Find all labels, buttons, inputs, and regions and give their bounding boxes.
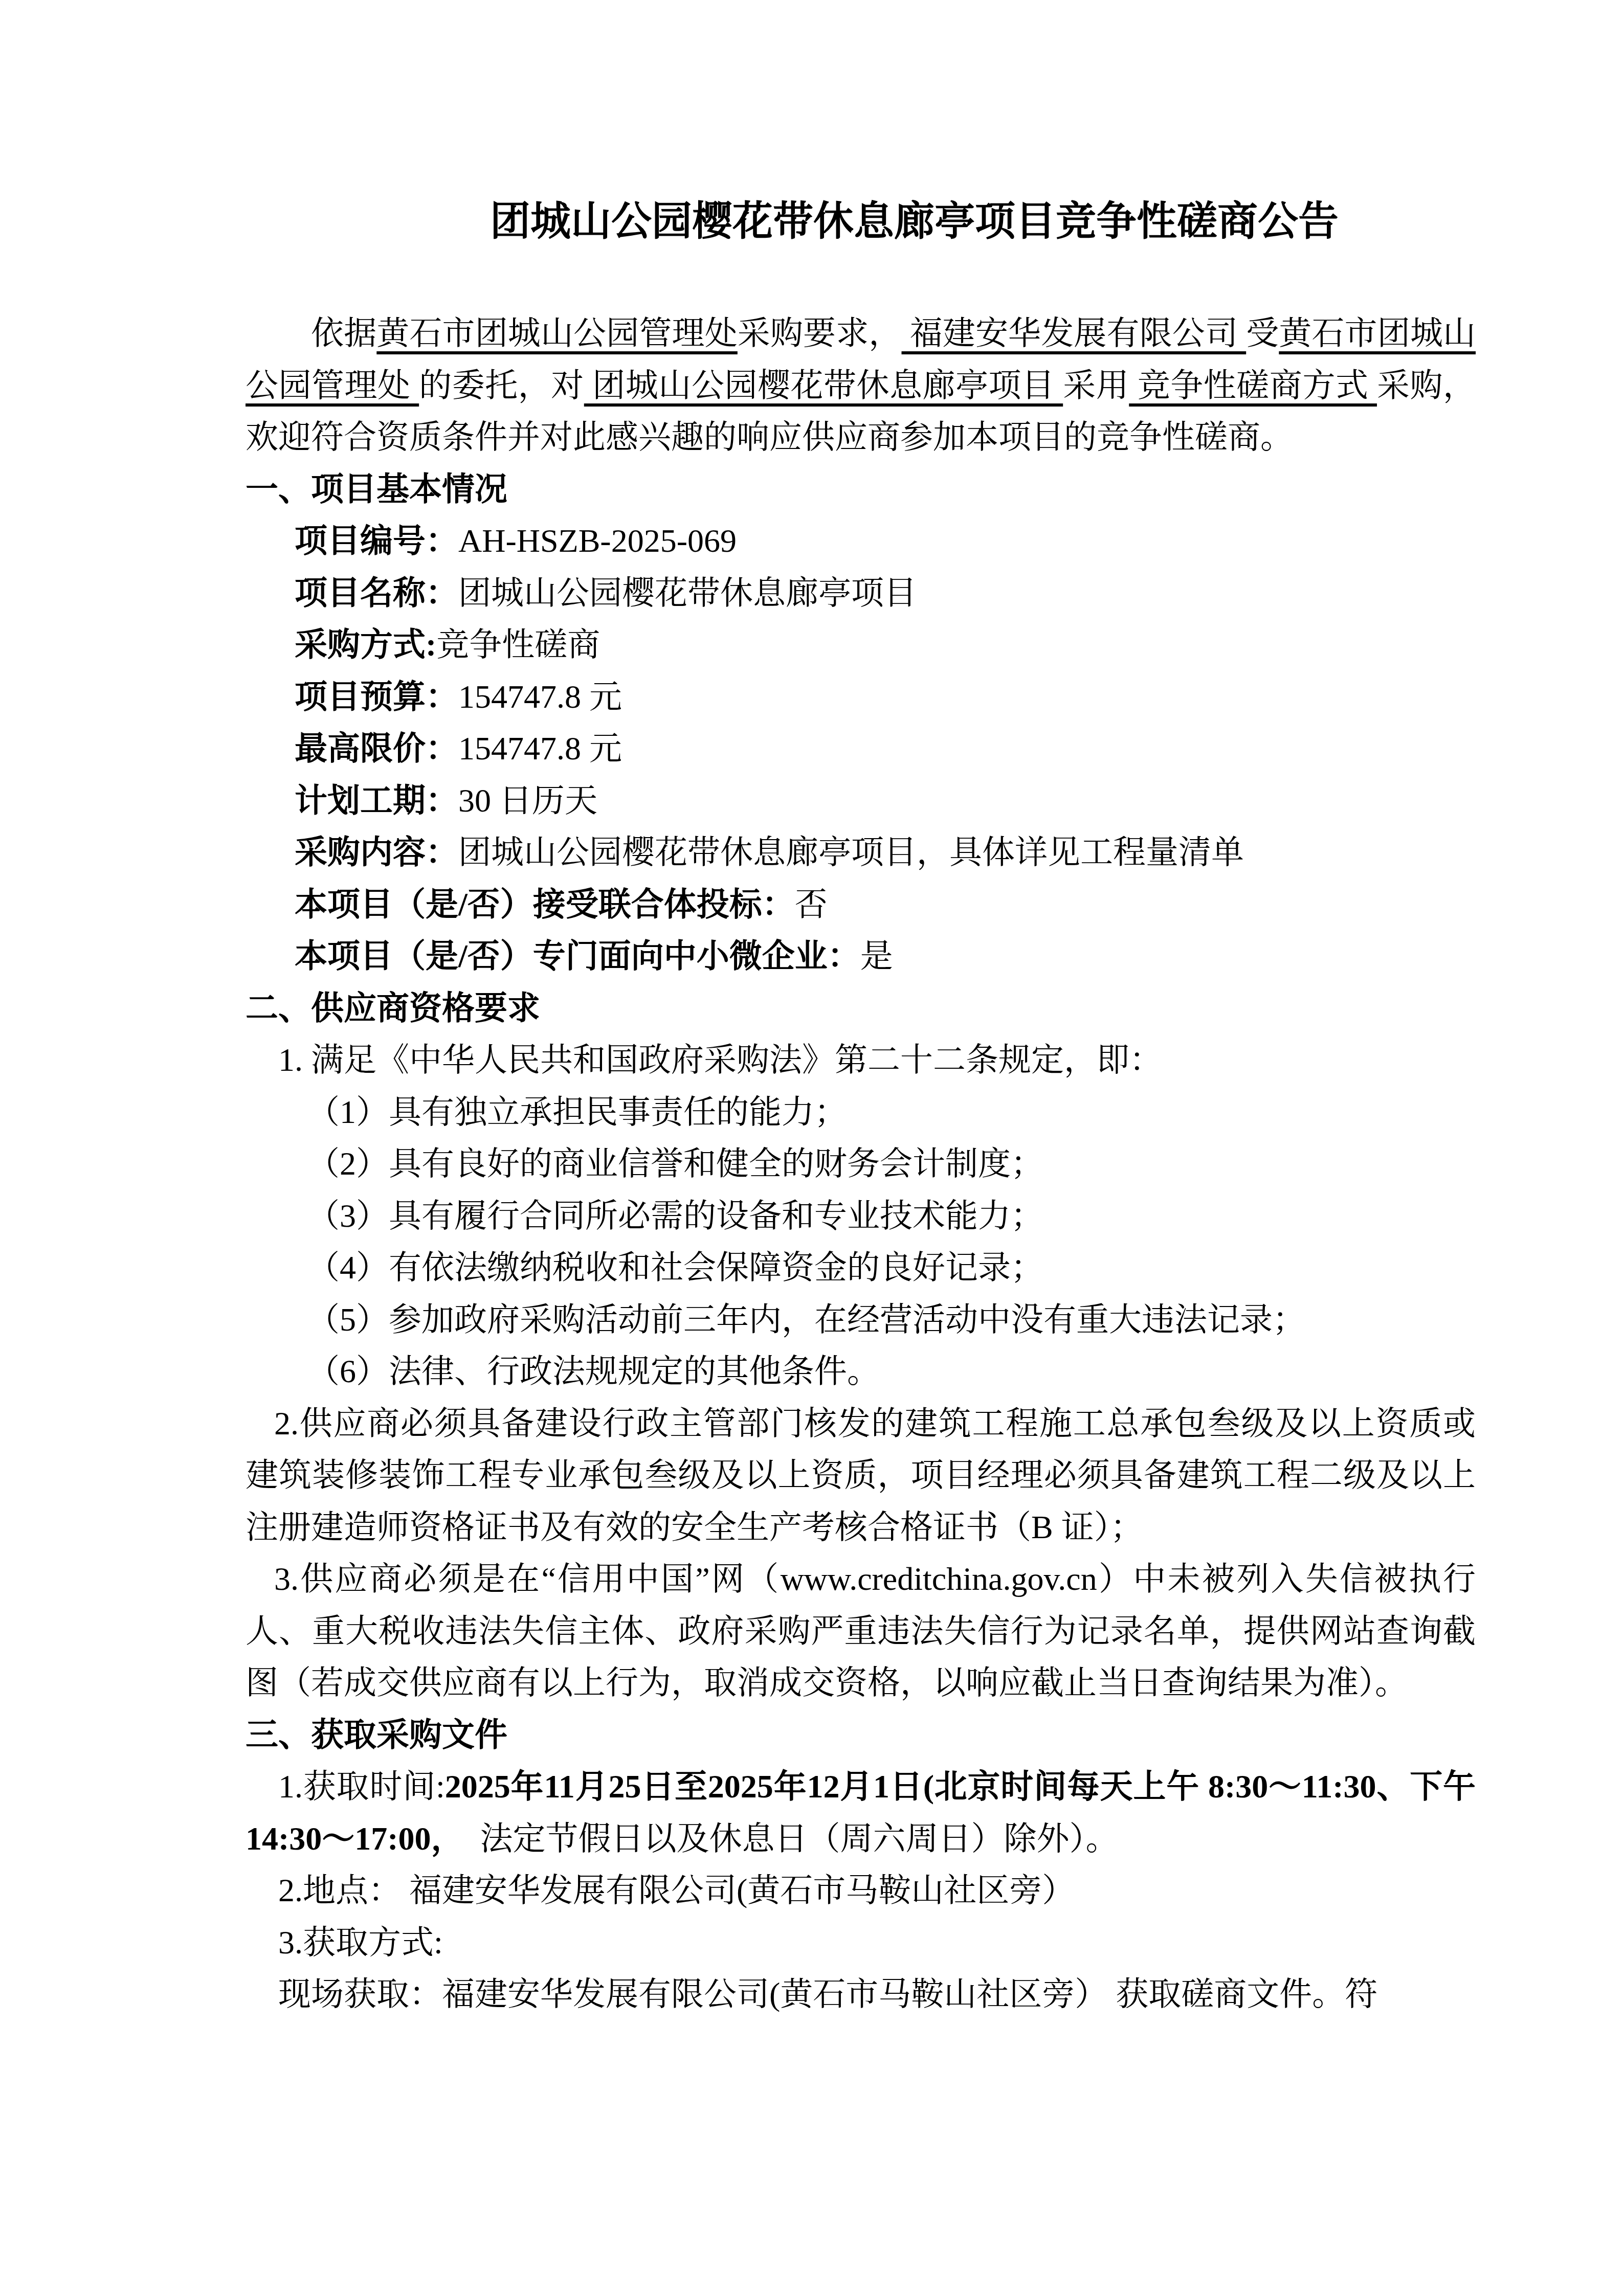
qualification-item-1: 1. 满足《中华人民共和国政府采购法》第二十二条规定，即：	[246, 1034, 1476, 1086]
intro-paragraph: 依据黄石市团城山公园管理处采购要求， 福建安华发展有限公司 受黄石市团城山公园管…	[246, 307, 1476, 463]
field-project-number: 项目编号：AH-HSZB-2025-069	[246, 515, 1476, 567]
acquisition-method-line: 3.获取方式:	[246, 1917, 1476, 1969]
project-number-value: AH-HSZB-2025-069	[458, 523, 737, 559]
project-name-label: 项目名称：	[295, 575, 458, 611]
field-project-name: 项目名称：团城山公园樱花带休息廊亭项目	[246, 567, 1476, 619]
project-number-label: 项目编号：	[295, 523, 458, 559]
intro-text-3: 受	[1246, 315, 1279, 351]
field-project-budget: 项目预算：154747.8 元	[246, 671, 1476, 723]
field-max-price: 最高限价：154747.8 元	[246, 723, 1476, 775]
intro-text-1: 依据	[311, 315, 376, 351]
project-budget-label: 项目预算：	[295, 679, 458, 715]
section1-heading: 一、项目基本情况	[246, 463, 1476, 515]
project-name-underlined: 团城山公园樱花带休息廊亭项目	[584, 367, 1063, 403]
qualification-sub-5: （5）参加政府采购活动前三年内，在经营活动中没有重大违法记录；	[246, 1294, 1476, 1346]
procurement-method-value: 竞争性磋商	[436, 626, 600, 663]
acquisition-location-line: 2.地点： 福建安华发展有限公司(黄石市马鞍山社区旁）	[246, 1864, 1476, 1917]
acquisition-time-line: 1.获取时间:2025年11月25日至2025年12月1日(北京时间每天上午 8…	[246, 1761, 1476, 1864]
document-title: 团城山公园樱花带休息廊亭项目竞争性磋商公告	[246, 192, 1476, 253]
procurement-method-underlined: 竞争性磋商方式	[1129, 367, 1377, 403]
qualification-sub-4: （4）有依法缴纳税收和社会保障资金的良好记录；	[246, 1242, 1476, 1294]
qualification-item-3: 3.供应商必须是在“信用中国”网（www.creditchina.gov.cn）…	[246, 1553, 1476, 1709]
qualification-sub-6: （6）法律、行政法规规定的其他条件。	[246, 1345, 1476, 1398]
project-budget-value: 154747.8 元	[458, 679, 622, 715]
qualification-sub-3: （3）具有履行合同所必需的设备和专业技术能力；	[246, 1190, 1476, 1242]
field-joint-bid: 本项目（是/否）接受联合体投标：否	[246, 879, 1476, 931]
intro-text-5: 采用	[1063, 367, 1129, 403]
procurement-content-label: 采购内容：	[295, 834, 458, 870]
max-price-value: 154747.8 元	[458, 730, 622, 767]
document-page: 团城山公园樱花带休息廊亭项目竞争性磋商公告 依据黄石市团城山公园管理处采购要求，…	[0, 0, 1624, 2296]
joint-bid-label: 本项目（是/否）接受联合体投标：	[295, 886, 795, 922]
qualification-sub-1: （1）具有独立承担民事责任的能力；	[246, 1086, 1476, 1138]
field-planned-duration: 计划工期：30 日历天	[246, 775, 1476, 827]
purchaser-name-underlined: 黄石市团城山公园管理处	[376, 315, 738, 351]
onsite-acquisition-line: 现场获取：福建安华发展有限公司(黄石市马鞍山社区旁） 获取磋商文件。符	[246, 1968, 1476, 2020]
field-procurement-content: 采购内容：团城山公园樱花带休息廊亭项目，具体详见工程量清单	[246, 826, 1476, 879]
planned-duration-value: 30 日历天	[458, 782, 597, 819]
section2-heading: 二、供应商资格要求	[246, 982, 1476, 1034]
sme-oriented-value: 是	[860, 938, 893, 974]
max-price-label: 最高限价：	[295, 730, 458, 767]
qualification-item-2: 2.供应商必须具备建设行政主管部门核发的建筑工程施工总承包叁级及以上资质或建筑装…	[246, 1398, 1476, 1554]
field-sme-oriented: 本项目（是/否）专门面向中小微企业：是	[246, 930, 1476, 982]
field-procurement-method: 采购方式:竞争性磋商	[246, 619, 1476, 671]
section3-heading: 三、获取采购文件	[246, 1709, 1476, 1761]
acquisition-time-label: 1.获取时间:	[278, 1768, 445, 1805]
sme-oriented-label: 本项目（是/否）专门面向中小微企业：	[295, 938, 860, 974]
intro-text-4: 的委托，对	[419, 367, 584, 403]
procurement-method-label: 采购方式:	[295, 626, 436, 663]
procurement-content-value: 团城山公园樱花带休息廊亭项目，具体详见工程量清单	[458, 834, 1244, 870]
project-name-value: 团城山公园樱花带休息廊亭项目	[458, 575, 917, 611]
acquisition-time-note: 法定节假日以及休息日（周六周日）除外）。	[448, 1820, 1119, 1857]
qualification-sub-2: （2）具有良好的商业信誉和健全的财务会计制度；	[246, 1138, 1476, 1190]
joint-bid-value: 否	[795, 886, 828, 922]
agency-name-underlined: 福建安华发展有限公司	[902, 315, 1247, 351]
planned-duration-label: 计划工期：	[295, 782, 458, 819]
intro-text-2: 采购要求，	[738, 315, 902, 351]
